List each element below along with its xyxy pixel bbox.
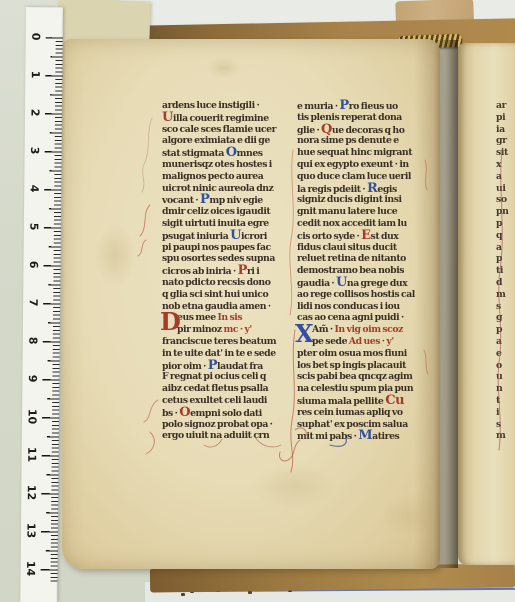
manuscript-text-line: lidi nos conducas i iou xyxy=(297,301,429,313)
text-run: cetus exultet celi laudi xyxy=(162,395,267,406)
text-run: ao rege collisos hostis cal xyxy=(297,289,415,300)
recto-text-fragment: m xyxy=(496,430,515,442)
manuscript-photograph: ardens luce instigili ·Uilla couerit reg… xyxy=(0,0,515,602)
text-run: reluet retina de nitanto xyxy=(297,253,406,264)
manuscript-text-line: scis pabi bea qncqz agim xyxy=(297,371,429,383)
manuscript-text-line: malignos pecto aurea xyxy=(162,171,288,183)
text-run: dmir celiz oices igaudit xyxy=(162,206,270,217)
text-run: spu osortes sedes supna xyxy=(162,253,275,264)
manuscript-text-line: ao rege collisos hostis cal xyxy=(297,289,429,301)
text-run: munerisqz otes hostes i xyxy=(162,159,272,170)
manuscript-text-line: XAm̃ · In vig oim scoz xyxy=(297,324,429,336)
recto-text-fragment: q xyxy=(496,230,515,242)
text-run: na grege dux xyxy=(347,278,407,289)
ruler-number: 13 xyxy=(24,523,37,539)
manuscript-text-line: na celestiu spum pia pun xyxy=(297,383,429,395)
ruler-number: 12 xyxy=(25,485,38,501)
text-run: gaudia · xyxy=(297,278,336,289)
recto-text-fragment: o xyxy=(496,360,515,372)
recto-text-fragment: i xyxy=(496,407,515,419)
text-run: cicros ab iniria · xyxy=(162,266,238,277)
manuscript-text-line: sco cale sces flamie ucer xyxy=(162,124,288,136)
ruler-number: 2 xyxy=(28,105,41,121)
manuscript-text-line: bs · Oempni solo dati xyxy=(162,407,288,419)
recto-text-fragment: ia xyxy=(496,124,515,136)
manuscript-text-line: psugat iniuria Uicrori xyxy=(162,230,288,242)
recto-text-fragment: n xyxy=(496,383,515,395)
ruler-number: 14 xyxy=(24,561,37,577)
text-run: res cein iumas apliq vo xyxy=(297,407,403,418)
text-run: demostramo bea nobis xyxy=(297,265,404,276)
text-run: Am̃ · xyxy=(312,324,335,335)
recto-text-fragment: x xyxy=(496,159,515,171)
manuscript-text-line: pi paupi nos paupes fac xyxy=(162,242,288,254)
text-run: pir minoz xyxy=(177,324,224,335)
text-run: mnes xyxy=(237,148,263,159)
colored-initial: P xyxy=(238,263,247,278)
recto-text-fragment: s xyxy=(496,301,515,313)
recto-cutoff-text: arpiiagrsitxauisopnpqaptidmsgpaeountism xyxy=(496,100,515,460)
manuscript-text-line: spu osortes sedes supna xyxy=(162,253,288,265)
recto-text-fragment: a xyxy=(496,242,515,254)
parchment-stain xyxy=(94,224,136,286)
recto-text-fragment: p xyxy=(496,218,515,230)
recto-text-fragment: s xyxy=(496,419,515,431)
colored-initial: Cu xyxy=(385,393,404,408)
manuscript-text-line: Deus mee In sis xyxy=(162,312,288,324)
text-run: hue sequat hinc migrant xyxy=(297,147,412,158)
manuscript-text-line: demostramo bea nobis xyxy=(297,265,429,277)
manuscript-text-line: nob etna gaudia amen · xyxy=(162,301,288,313)
manuscript-text-line: fidus claui situs ducit xyxy=(297,242,429,254)
text-run: quo duce clam luce ueril xyxy=(297,171,411,182)
text-run: los bet sp ingis placauit xyxy=(297,360,406,371)
text-run: tis plenis reperat dona xyxy=(297,112,402,123)
text-run: atires xyxy=(372,431,399,442)
text-column-right: e muria · Pro fieus uotis plenis reperat… xyxy=(297,100,429,442)
text-run: glie · xyxy=(297,125,321,136)
manuscript-text-line: los bet sp ingis placauit xyxy=(297,360,429,372)
text-run: pior oim · xyxy=(162,361,208,372)
text-run: malignos pecto aurea xyxy=(162,171,263,182)
text-run: cas ao cena agni puidi · xyxy=(297,312,404,323)
manuscript-text-line: quo duce clam luce ueril xyxy=(297,171,429,183)
text-run: mit mi pabs · xyxy=(297,431,358,442)
text-run: F regnat pi ocius celi q xyxy=(162,371,266,382)
manuscript-text-line: hue sequat hinc migrant xyxy=(297,147,429,159)
colored-initial: U xyxy=(336,275,347,290)
colored-initial: P xyxy=(339,98,348,113)
text-run: nato pdicto recsis dono xyxy=(162,277,270,288)
ruler-number: 9 xyxy=(26,371,39,387)
recto-text-fragment: p xyxy=(496,253,515,265)
colored-initial: U xyxy=(162,110,173,125)
text-run: bs · xyxy=(162,408,179,419)
manuscript-text-line: F regnat pi ocius celi q xyxy=(162,371,288,383)
manuscript-text-line: glie · Que decoras q ho xyxy=(297,124,429,136)
manuscript-text-line: siuma mala pellite Cu xyxy=(297,395,429,407)
text-run: icrori xyxy=(241,231,267,242)
colored-initial: U xyxy=(230,228,241,243)
text-run: gnit manu latere luce xyxy=(297,206,397,217)
ruler-ticks xyxy=(40,37,62,582)
text-run: stat stigmata xyxy=(162,148,226,159)
text-column-left: ardens luce instigili ·Uilla couerit reg… xyxy=(162,100,288,442)
text-run: psugat iniuria xyxy=(162,231,230,242)
text-run: Ad ues · y' xyxy=(349,336,394,347)
text-run: suphat' ex poscim salua xyxy=(297,419,408,430)
manuscript-text-line: ergo uiuit na aduiit crn xyxy=(162,430,288,442)
text-run: algore eximiata e dii ge xyxy=(162,135,270,146)
manuscript-page-verso: ardens luce instigili ·Uilla couerit reg… xyxy=(62,39,440,569)
parchment-stain xyxy=(252,464,336,508)
colored-initial: P xyxy=(208,358,217,373)
manuscript-text-line: nato pdicto recsis dono xyxy=(162,277,288,289)
text-run: franciscue teres beatum xyxy=(162,336,276,347)
recto-text-fragment: d xyxy=(496,277,515,289)
colored-initial: E xyxy=(361,228,370,243)
spine-gutter xyxy=(434,40,458,568)
text-run: ardens luce instigili · xyxy=(162,100,259,111)
recto-text-fragment: m xyxy=(496,289,515,301)
manuscript-text-line: signiz ducis digint insi xyxy=(297,194,429,206)
manuscript-text-line: pior oim · Plaudat fra xyxy=(162,360,288,372)
manuscript-text-line: cis orto syde · Est dux xyxy=(297,230,429,242)
manuscript-text-line: munerisqz otes hostes i xyxy=(162,159,288,171)
ruler: 01234567891011121314 xyxy=(20,7,63,602)
text-run: sco cale sces flamie ucer xyxy=(162,124,276,135)
manuscript-text-line: pter oim osua mos fiuni xyxy=(297,348,429,360)
ruler-number: 6 xyxy=(27,257,40,273)
manuscript-text-line: franciscue teres beatum xyxy=(162,336,288,348)
text-run: uicrot ninic aureola dnz xyxy=(162,183,273,194)
colored-initial: M xyxy=(358,428,372,443)
ruler-number: 0 xyxy=(29,29,42,45)
manuscript-text-line: dmir celiz oices igaudit xyxy=(162,206,288,218)
colored-initial: O xyxy=(179,405,190,420)
manuscript-text-line: pe sede Ad ues · y' xyxy=(297,336,429,348)
text-run: pter oim osua mos fiuni xyxy=(297,348,407,359)
ruler-number: 5 xyxy=(27,219,40,235)
text-run: mc · y' xyxy=(224,324,252,335)
text-run: mp niv egie xyxy=(209,195,262,206)
text-run: st dux xyxy=(371,231,399,242)
text-run: nora sime ps denute e xyxy=(297,135,399,146)
text-run: ergo uiuit na aduiit crn xyxy=(162,430,269,441)
recto-text-fragment: u xyxy=(496,371,515,383)
manuscript-text-line: uicrot ninic aureola dnz xyxy=(162,183,288,195)
manuscript-text-line: res cein iumas apliq vo xyxy=(297,407,429,419)
ruler-number: 1 xyxy=(29,67,42,83)
text-run: polo signoz probat opa · xyxy=(162,419,272,430)
recto-text-fragment: so xyxy=(496,194,515,206)
text-run: eus mee xyxy=(177,312,217,323)
text-run: cis orto syde · xyxy=(297,231,361,242)
ruler-number: 4 xyxy=(28,181,41,197)
text-run: q glia sci sint hui unico xyxy=(162,289,268,300)
recto-text-fragment: t xyxy=(496,395,515,407)
manuscript-text-line: mit mi pabs · Matires xyxy=(297,430,429,442)
manuscript-text-line: ardens luce instigili · xyxy=(162,100,288,112)
recto-text-fragment: gr xyxy=(496,135,515,147)
text-run: signiz ducis digint insi xyxy=(297,194,402,205)
ruler-number: 10 xyxy=(25,409,38,425)
text-run: fidus claui situs ducit xyxy=(297,242,397,253)
colored-initial: Q xyxy=(321,122,332,137)
recto-text-fragment: a xyxy=(496,336,515,348)
colored-initial: P xyxy=(200,192,209,207)
manuscript-text-line: q glia sci sint hui unico xyxy=(162,289,288,301)
text-run: siuma mala pellite xyxy=(297,396,385,407)
manuscript-text-line: la regis pdeiit · Regis xyxy=(297,183,429,195)
recto-text-fragment: e xyxy=(496,348,515,360)
text-run: lidi nos conducas i iou xyxy=(297,301,400,312)
recto-text-fragment: ti xyxy=(496,265,515,277)
parchment-stain xyxy=(207,57,241,79)
ruler-number: 7 xyxy=(27,295,40,311)
text-run: vocant · xyxy=(162,195,200,206)
manuscript-text-line: cas ao cena agni puidi · xyxy=(297,312,429,324)
ruler-number: 8 xyxy=(26,333,39,349)
manuscript-text-line: aibz cedat fletus psalla xyxy=(162,383,288,395)
text-run: pi paupi nos paupes fac xyxy=(162,242,271,253)
text-run: egis xyxy=(377,184,396,195)
manuscript-text-line: in te uite dat' in te e sede xyxy=(162,348,288,360)
recto-text-fragment: ui xyxy=(496,183,515,195)
text-run: aibz cedat fletus psalla xyxy=(162,383,268,394)
text-run: e muria · xyxy=(297,101,339,112)
text-run: empni solo dati xyxy=(190,408,262,419)
manuscript-text-line: e muria · Pro fieus uo xyxy=(297,100,429,112)
text-run: In vig oim scoz xyxy=(335,324,403,335)
manuscript-text-line: vocant · Pmp niv egie xyxy=(162,194,288,206)
text-run: illa couerit regimine xyxy=(173,113,269,124)
manuscript-text-line: pir minoz mc · y' xyxy=(162,324,288,336)
manuscript-text-line: polo signoz probat opa · xyxy=(162,419,288,431)
text-run: cedit nox accedit iam lu xyxy=(297,218,407,229)
manuscript-text-line: nora sime ps denute e xyxy=(297,135,429,147)
colored-initial: R xyxy=(367,181,377,196)
text-run: sigit uirtuti inuita egre xyxy=(162,218,269,229)
ruler-number: 11 xyxy=(25,447,38,463)
recto-text-fragment: pi xyxy=(496,112,515,124)
text-run: pe sede xyxy=(312,336,349,347)
ruler-number: 3 xyxy=(28,143,41,159)
recto-text-fragment: a xyxy=(496,171,515,183)
colored-initial: O xyxy=(226,145,237,160)
manuscript-text-line: qui ex egypto exeunt · in xyxy=(297,159,429,171)
text-run: in te uite dat' in te e sede xyxy=(162,348,276,359)
recto-text-fragment: g xyxy=(496,312,515,324)
text-run: qui ex egypto exeunt · in xyxy=(297,159,409,170)
manuscript-text-line: gnit manu latere luce xyxy=(297,206,429,218)
manuscript-text-line: sigit uirtuti inuita egre xyxy=(162,218,288,230)
recto-text-fragment: sit xyxy=(496,147,515,159)
text-run: scis pabi bea qncqz agim xyxy=(297,371,412,382)
recto-text-fragment: pn xyxy=(496,206,515,218)
text-run: ue decoras q ho xyxy=(332,125,405,136)
text-run: In sis xyxy=(217,312,242,323)
recto-text-fragment: p xyxy=(496,324,515,336)
manuscript-text-line: gaudia · Una grege dux xyxy=(297,277,429,289)
text-run: ro fieus uo xyxy=(349,101,398,112)
manuscript-text-line: reluet retina de nitanto xyxy=(297,253,429,265)
manuscript-text-line: cicros ab iniria · Pri i xyxy=(162,265,288,277)
text-run: laudat fra xyxy=(217,361,263,372)
recto-text-fragment: ar xyxy=(496,100,515,112)
text-run: ri i xyxy=(247,266,259,277)
manuscript-text-line: tis plenis reperat dona xyxy=(297,112,429,124)
manuscript-text-line: stat stigmata Omnes xyxy=(162,147,288,159)
manuscript-text-line: Uilla couerit regimine xyxy=(162,112,288,124)
text-run: la regis pdeiit · xyxy=(297,184,367,195)
